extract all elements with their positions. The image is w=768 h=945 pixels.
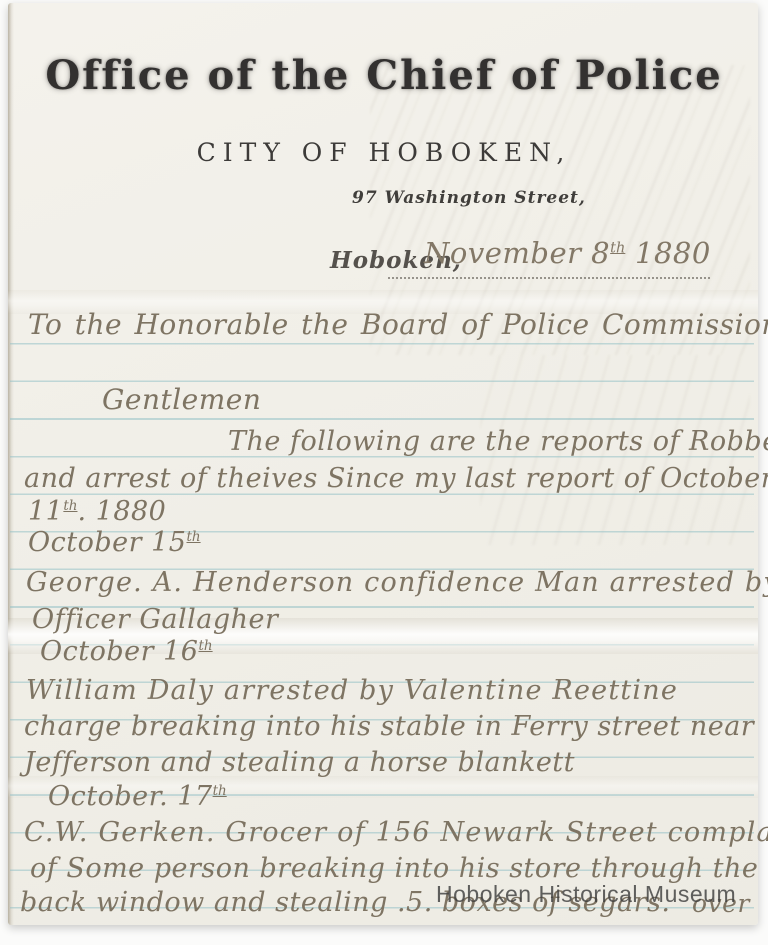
letterhead-title: Office of the Chief of Police <box>0 52 768 99</box>
body-line: of Some person breaking into his store t… <box>30 853 758 884</box>
body-line: October. 17th <box>48 781 227 812</box>
salutation-line: To the Honorable the Board of Police Com… <box>28 308 768 341</box>
ordinal-suffix: th <box>198 638 212 654</box>
line-text: charge breaking into his stable in Ferry… <box>24 711 754 742</box>
line-text: The following are the reports of Robberi… <box>228 426 768 457</box>
line-text: William Daly arrested by Valentine Reett… <box>26 675 678 706</box>
date-year: 1880 <box>625 236 711 270</box>
line-text: October. 17 <box>48 781 213 812</box>
letterhead-city-line: CITY OF HOBOKEN, <box>0 138 768 167</box>
greeting-line: Gentlemen <box>102 383 261 416</box>
body-line: October 16th <box>40 636 213 667</box>
museum-watermark: Hoboken Historical Museum <box>436 881 736 908</box>
line-text: Jefferson and stealing a horse blankett <box>24 747 575 778</box>
body-line: October 15th <box>28 527 201 558</box>
body-line: 11th. 1880 <box>28 496 166 527</box>
ordinal-suffix: th <box>63 498 77 514</box>
body-line: Jefferson and stealing a horse blankett <box>24 747 575 778</box>
ordinal-suffix: th <box>186 529 200 545</box>
date-text: November 8 <box>424 236 610 270</box>
date-ordinal-suffix: th <box>610 240 625 256</box>
line-text: October 15 <box>28 527 186 558</box>
body-line: Officer Gallagher <box>32 604 278 635</box>
handwritten-date: November 8th 1880 <box>424 236 711 270</box>
body-line: George. A. Henderson confidence Man arre… <box>26 567 768 598</box>
ordinal-suffix: th <box>213 783 227 799</box>
body-line: charge breaking into his stable in Ferry… <box>24 711 754 742</box>
letterhead-address-line: 97 Washington Street, <box>352 188 586 208</box>
line-text: 11 <box>28 496 63 527</box>
body-line: The following are the reports of Robberi… <box>228 426 768 457</box>
line-text: and arrest of theives Since my last repo… <box>24 463 768 494</box>
line-text: C.W. Gerken. Grocer of 156 Newark Street… <box>24 817 768 848</box>
line-text: of Some person breaking into his store t… <box>30 853 758 884</box>
line-text: George. A. Henderson confidence Man arre… <box>26 567 768 598</box>
body-line: C.W. Gerken. Grocer of 156 Newark Street… <box>24 817 768 848</box>
line-text: October 16 <box>40 636 198 667</box>
line-text: Officer Gallagher <box>32 604 278 635</box>
body-line: William Daly arrested by Valentine Reett… <box>26 675 678 706</box>
scanned-letter: Office of the Chief of Police CITY OF HO… <box>0 0 768 945</box>
dateline-dotted-rule <box>388 277 710 279</box>
body-line: and arrest of theives Since my last repo… <box>24 463 768 494</box>
line-text: . 1880 <box>77 496 166 527</box>
